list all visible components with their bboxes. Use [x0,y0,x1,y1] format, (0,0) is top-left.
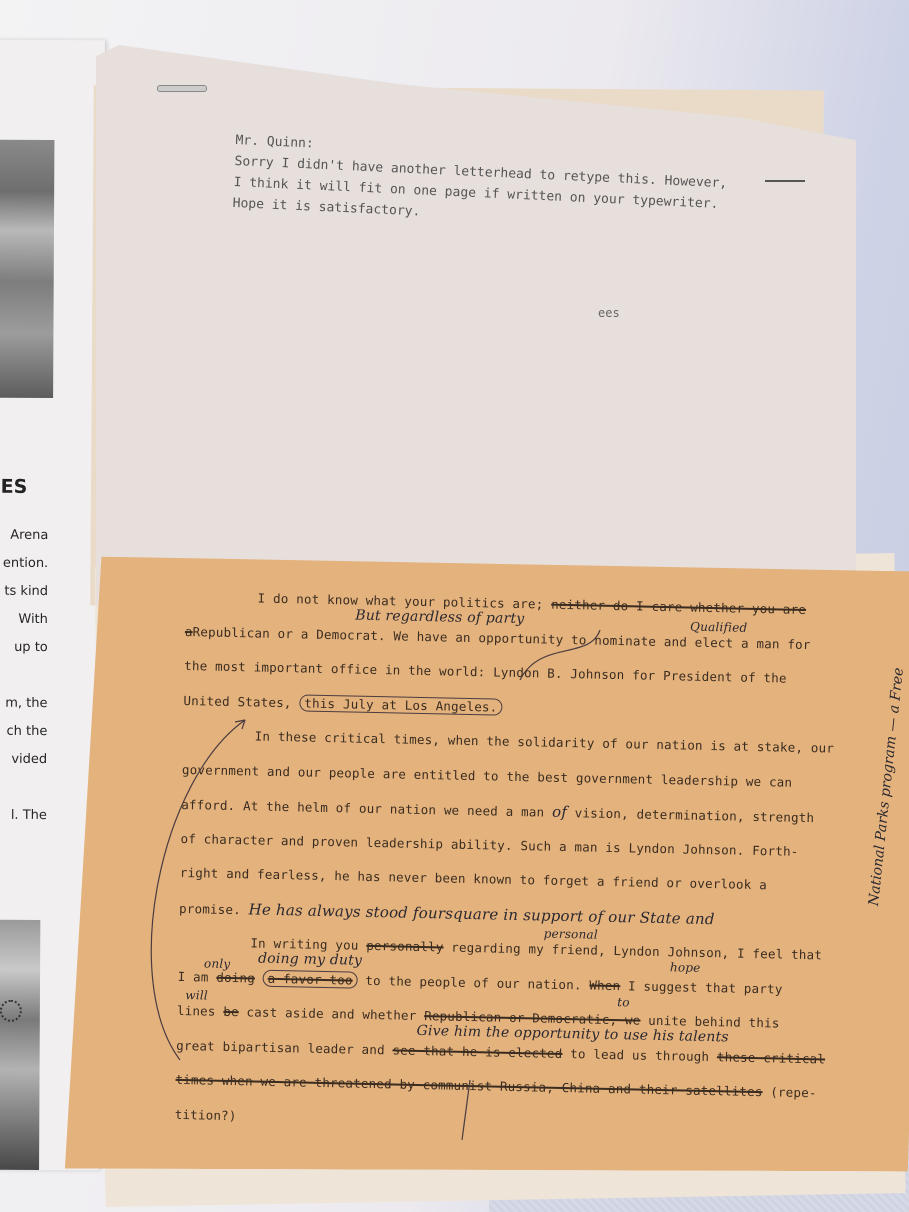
staple-icon [157,85,207,92]
handwritten-insert: Qualified [690,609,748,645]
booklet-line: vided [0,746,47,774]
booklet-photo-clocktower [0,920,40,1170]
handwritten-insert: personal [543,917,598,953]
pen-mark [765,180,805,182]
booklet-line: With [0,606,48,634]
booklet-line: ention. [0,550,48,578]
booklet-text: Arena ention. ts kind With up to m, the … [0,522,48,830]
booklet-line [0,774,47,802]
booklet-line: Arena [0,522,48,550]
handwritten-insert: Give him the opportunity to use his tale… [416,1013,729,1054]
circled-text: this July at Los Angeles. [299,694,502,715]
handwritten-insert: only [204,946,231,981]
cover-note-page [96,45,856,605]
booklet-line: l. The [0,802,47,830]
booklet-line: ts kind [0,578,48,606]
booklet-photo-castle [0,140,54,398]
struck-text: neither do I care whether you are [551,597,806,617]
clock-icon [0,1000,22,1022]
note-initials: ees [598,306,620,320]
handwritten-insert: hope [670,950,701,985]
handwritten-insert: But regardless of party [355,598,525,636]
booklet-line: m, the [0,690,48,718]
booklet-line: up to [0,634,48,662]
booklet-heading: ES [1,476,28,498]
handwritten-insert: doing my duty [258,941,363,978]
booklet-line [0,662,48,690]
handwritten-insert: will [185,978,208,1013]
handwritten-insert: to [617,985,630,1020]
handwritten-insert: of [552,803,567,821]
letter-body: I do not know what your politics are; ne… [174,580,845,1146]
booklet-line: ch the [0,718,47,746]
handwritten-addition: He has always stood foursquare in suppor… [248,900,714,928]
